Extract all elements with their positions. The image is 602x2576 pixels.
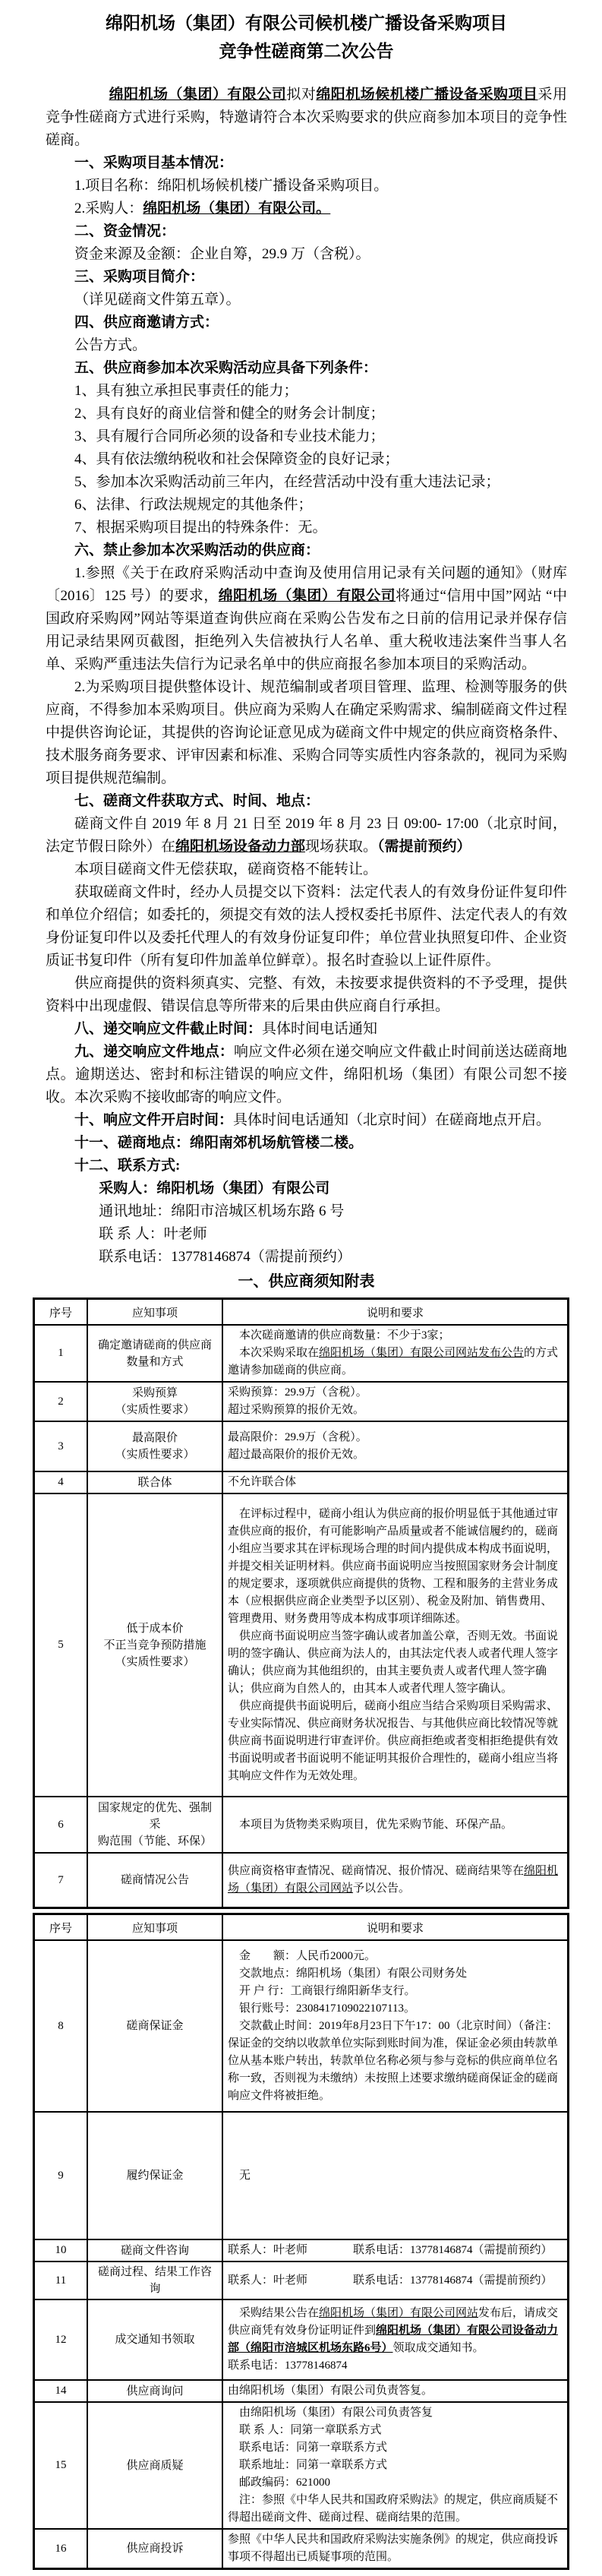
- notice-description-paragraph: 由绵阳机场（集团）有限公司负责答复。: [228, 2382, 563, 2400]
- text-run: 拟对: [286, 87, 316, 103]
- text-run: 联 系 人：叶老师: [99, 1226, 207, 1242]
- text-run: 予以公告。: [353, 1882, 410, 1895]
- document-body: 绵阳机场（集团）有限公司拟对绵阳机场候机楼广播设备采购项目采用竞争性磋商方式进行…: [46, 84, 567, 1269]
- notice-item-line: 低于成本价: [93, 1620, 217, 1637]
- text-run: 六、禁止参加本次采购活动的供应商：: [74, 542, 320, 558]
- text-run: 由绵阳机场（集团）有限公司负责答复: [239, 2407, 433, 2419]
- text-run: 开 户 行：工商银行绵阳新华支行。: [239, 1985, 416, 1997]
- text-run: （需提前预约）: [377, 839, 471, 855]
- text-run: 联系电话：13778146874（需提前预约）: [99, 1249, 351, 1265]
- text-run: 邮政编码：621000: [239, 2476, 330, 2489]
- notice-item-line: （实质性要求）: [93, 1446, 217, 1463]
- notice-item-line: 购范围（节能、环保）: [93, 1833, 217, 1850]
- section-6-item-1: 1.参照《关于在政府采购活动中查询及使用信用记录有关问题的通知》（财库〔2016…: [46, 562, 567, 676]
- notice-description-paragraph: 采购预算：29.9万（含税）。: [228, 1384, 563, 1402]
- text-run: 本项目磋商文件无偿获取，磋商资格不能转让。: [74, 861, 377, 877]
- section-9-heading: 九、递交响应文件地点：响应文件必须在递交响应文件截止时间前送达磋商地点。逾期送达…: [46, 1041, 567, 1109]
- row-number-cell: 2: [34, 1382, 88, 1421]
- text-run: 本次采购采取在: [239, 1347, 319, 1359]
- contact-purchaser: 采购人：绵阳机场（集团）有限公司: [46, 1177, 567, 1200]
- document-title-line1: 绵阳机场（集团）有限公司候机楼广播设备采购项目: [46, 9, 567, 37]
- notice-description-paragraph: 本项目为货物类采购项目，优先采购节能、环保产品。: [228, 1816, 563, 1834]
- section-7-text-2: 本项目磋商文件无偿获取，磋商资格不能转让。: [46, 858, 567, 881]
- notice-description-cell: 联系人：叶老师联系电话：13778146874（需提前预约）: [222, 2239, 569, 2262]
- notice-item-cell: 采购预算（实质性要求）: [87, 1382, 222, 1421]
- text-run: （详见磋商文件第五章）。: [74, 292, 241, 308]
- section-2-heading: 二、资金情况：: [46, 220, 567, 243]
- table-row: 15供应商质疑由绵阳机场（集团）有限公司负责答复联 系 人：同第一章联系方式联系…: [34, 2402, 569, 2529]
- notice-description-cell: 采购结果公告在绵阳机场（集团）有限公司网站发布后，请成交供应商凭有效身份证明证件…: [222, 2299, 569, 2380]
- row-number-cell: 3: [34, 1421, 88, 1471]
- notice-description-paragraph: 本次采购采取在绵阳机场（集团）有限公司网站发布公告的方式邀请参加磋商的供应商。: [228, 1345, 563, 1380]
- notice-item-cell: 磋商保证金: [87, 1940, 222, 2112]
- text-run: 采购人：绵阳机场（集团）有限公司: [99, 1181, 329, 1196]
- row-number-cell: 11: [34, 2262, 88, 2299]
- notice-description-paragraph: 联系人：叶老师联系电话：13778146874（需提前预约）: [228, 2272, 563, 2290]
- table-row: 8磋商保证金金 额：人民币2000元。交款地点：绵阳机场（集团）有限公司财务处开…: [34, 1940, 569, 2112]
- text-run: 十、响应文件开启时间：: [74, 1112, 233, 1128]
- row-number-cell: 16: [34, 2529, 88, 2569]
- notice-item-line: 磋商保证金: [93, 2018, 217, 2034]
- table-row: 16供应商投诉参照《中华人民共和国政府采购法实施条例》的规定，供应商投诉事项不得…: [34, 2529, 569, 2569]
- notice-description-paragraph: 联 系 人：同第一章联系方式: [228, 2422, 563, 2439]
- notice-description-cell: 本项目为货物类采购项目，优先采购节能、环保产品。: [222, 1797, 569, 1853]
- text-run: 供应商提供的资料须真实、完整、有效，未按要求提供资料的不予受理，提供资料中出现虚…: [46, 975, 567, 1014]
- text-run: 本次磋商邀请的供应商数量：不少于3家；: [239, 1329, 450, 1342]
- notice-item-line: 数量和方式: [93, 1354, 217, 1370]
- notice-description-paragraph: 开 户 行：工商银行绵阳新华支行。: [228, 1983, 563, 2000]
- table-row: 12成交通知书领取采购结果公告在绵阳机场（集团）有限公司网站发布后，请成交供应商…: [34, 2299, 569, 2380]
- notice-description-cell: 联系人：叶老师联系电话：13778146874（需提前预约）: [222, 2262, 569, 2299]
- section-11-heading: 十一、磋商地点：绵阳南郊机场航管楼二楼。: [46, 1132, 567, 1155]
- notice-description-paragraph: 超过采购预算的报价无效。: [228, 1402, 563, 1419]
- document-title: 绵阳机场（集团）有限公司候机楼广播设备采购项目 竞争性磋商第二次公告: [46, 9, 567, 65]
- section-5-item-6: 6、法律、行政法规规定的其他条件；: [46, 494, 567, 517]
- section-5-item-5: 5、参加本次采购活动前三年内，在经营活动中没有重大违法记录；: [46, 471, 567, 494]
- text-run: 无: [239, 2170, 251, 2182]
- notice-item-line: 供应商询问: [93, 2383, 217, 2400]
- table-section-heading: 一、供应商须知附表: [46, 1270, 567, 1293]
- notice-description-paragraph: 银行账号：2308417109022107113。: [228, 2000, 563, 2018]
- notice-description-paragraph: 注：参照《中华人民共和国政府采购法》的规定，供应商质疑不得超出磋商文件、磋商过程…: [228, 2492, 563, 2527]
- section-10-heading: 十、响应文件开启时间：具体时间电话通知（北京时间）在磋商地点开启。: [46, 1109, 567, 1132]
- notice-item-cell: 磋商文件咨询: [87, 2239, 222, 2262]
- section-12-heading: 十二、联系方式:: [46, 1155, 567, 1177]
- text-run: 参照《中华人民共和国政府采购法实施条例》的规定，供应商投诉事项不得超出已质疑事项…: [228, 2533, 558, 2563]
- notice-item-line: 联合体: [93, 1474, 217, 1491]
- notice-description-cell: 由绵阳机场（集团）有限公司负责答复联 系 人：同第一章联系方式联系电话：同第一章…: [222, 2402, 569, 2529]
- text-run: 交款截止时间：2019年8月23日下午17：00（北京时间）（备注：保证金的交纳…: [228, 2020, 558, 2102]
- text-run: 联系电话：13778146874: [228, 2359, 348, 2372]
- table-header-cell: 应知事项: [87, 1914, 222, 1941]
- table-header-row: 序号应知事项说明和要求: [34, 1914, 569, 1941]
- contact-address: 通讯地址：绵阳市涪城区机场东路 6 号: [46, 1200, 567, 1223]
- notice-description-paragraph: 交款截止时间：2019年8月23日下午17：00（北京时间）（备注：保证金的交纳…: [228, 2018, 563, 2105]
- notice-description-paragraph: 在评标过程中，磋商小组认为供应商的报价明显低于其他通过审查供应商的报价，有可能影…: [228, 1506, 563, 1628]
- text-run: 联 系 人：同第一章联系方式: [239, 2424, 382, 2436]
- table-row: 9履约保证金无: [34, 2112, 569, 2239]
- text-run: 供应商提供书面说明后，磋商小组应当结合采购项目采购需求、专业实际情况、供应商财务…: [228, 1700, 558, 1782]
- section-7-text-1: 磋商文件自 2019 年 8 月 21 日至 2019 年 8 月 23 日 0…: [46, 813, 567, 858]
- row-number-cell: 10: [34, 2239, 88, 2262]
- text-run: 不允许联合体: [228, 1476, 296, 1488]
- notice-description-paragraph: 供应商资格审查情况、磋商情况、报价情况、磋商结果等在绵阳机场（集团）有限公司网站…: [228, 1863, 563, 1898]
- text-run: 绵阳机场（集团）有限公司: [109, 87, 287, 103]
- notice-item-line: 供应商质疑: [93, 2457, 217, 2474]
- notice-description-paragraph: 供应商提供书面说明后，磋商小组应当结合采购项目采购需求、专业实际情况、供应商财务…: [228, 1698, 563, 1785]
- section-3-heading: 三、采购项目简介：: [46, 266, 567, 289]
- row-number-cell: 12: [34, 2299, 88, 2380]
- contact-person: 联 系 人：叶老师: [46, 1223, 567, 1246]
- supplier-notice-table-2: 序号应知事项说明和要求8磋商保证金金 额：人民币2000元。交款地点：绵阳机场（…: [33, 1913, 569, 2570]
- text-run: 现场获取。: [305, 839, 377, 855]
- table-header-cell: 说明和要求: [222, 1299, 569, 1326]
- notice-item-line: 磋商情况公告: [93, 1872, 217, 1889]
- text-run: 超过采购预算的报价无效。: [228, 1404, 364, 1416]
- text-run: 资金来源及金额：企业自筹，29.9 万（含税）。: [74, 246, 370, 262]
- notice-item-line: 磋商过程、结果工作咨询: [93, 2264, 217, 2297]
- section-4-heading: 四、供应商邀请方式：: [46, 311, 567, 334]
- notice-description-paragraph: 联系人：叶老师联系电话：13778146874（需提前预约）: [228, 2242, 563, 2259]
- notice-description-cell: 金 额：人民币2000元。交款地点：绵阳机场（集团）有限公司财务处开 户 行：工…: [222, 1940, 569, 2112]
- row-number-cell: 5: [34, 1493, 88, 1797]
- text-run: 供应商资格审查情况、磋商情况、报价情况、磋商结果等在: [228, 1865, 524, 1877]
- notice-description-paragraph: 参照《中华人民共和国政府采购法实施条例》的规定，供应商投诉事项不得超出已质疑事项…: [228, 2531, 563, 2566]
- text-run: 三、采购项目简介：: [74, 269, 204, 285]
- section-5-item-7: 7、根据采购项目提出的特殊条件：无。: [46, 517, 567, 539]
- text-run: 获取磋商文件时，经办人员提交以下资料：法定代表人的有效身份证件复印件和单位介绍信…: [46, 884, 567, 969]
- text-run: 最高限价：29.9万（含税）。: [228, 1431, 367, 1443]
- notice-description-cell: 本次磋商邀请的供应商数量：不少于3家；本次采购采取在绵阳机场（集团）有限公司网站…: [222, 1325, 569, 1382]
- notice-description-paragraph: 由绵阳机场（集团）有限公司负责答复: [228, 2404, 563, 2422]
- text-run: 一、采购项目基本情况：: [74, 155, 233, 171]
- text-run: 本项目为货物类采购项目，优先采购节能、环保产品。: [239, 1819, 512, 1831]
- notice-description-paragraph: 采购结果公告在绵阳机场（集团）有限公司网站发布后，请成交供应商凭有效身份证明证件…: [228, 2305, 563, 2357]
- notice-item-cell: 供应商质疑: [87, 2402, 222, 2529]
- notice-item-line: 最高限价: [93, 1430, 217, 1446]
- text-run: 7、根据采购项目提出的特殊条件：无。: [74, 520, 327, 536]
- table-row: 3最高限价（实质性要求）最高限价：29.9万（含税）。超过最高限价的报价无效。: [34, 1421, 569, 1471]
- table-header-cell: 序号: [34, 1299, 88, 1326]
- text-run: 二、资金情况：: [74, 223, 175, 239]
- section-1-item-2: 2.采购人：绵阳机场（集团）有限公司。: [46, 198, 567, 220]
- table-row: 11磋商过程、结果工作咨询联系人：叶老师联系电话：13778146874（需提前…: [34, 2262, 569, 2299]
- table-header-row: 序号应知事项说明和要求: [34, 1299, 569, 1326]
- text-run: 十二、联系方式:: [74, 1158, 180, 1174]
- text-run: 4、具有依法缴纳税收和社会保障资金的良好记录；: [74, 451, 399, 467]
- text-run: 交款地点：绵阳机场（集团）有限公司财务处: [239, 1968, 467, 1980]
- text-run: 具体时间电话通知: [262, 1021, 377, 1037]
- table-row: 6国家规定的优先、强制采购范围（节能、环保）本项目为货物类采购项目，优先采购节能…: [34, 1797, 569, 1853]
- intro-paragraph: 绵阳机场（集团）有限公司拟对绵阳机场候机楼广播设备采购项目采用竞争性磋商方式进行…: [46, 84, 567, 152]
- notice-item-cell: 国家规定的优先、强制采购范围（节能、环保）: [87, 1797, 222, 1853]
- notice-item-cell: 履约保证金: [87, 2112, 222, 2239]
- table-row: 10磋商文件咨询联系人：叶老师联系电话：13778146874（需提前预约）: [34, 2239, 569, 2262]
- notice-description-cell: 无: [222, 2112, 569, 2239]
- notice-item-cell: 磋商情况公告: [87, 1853, 222, 1908]
- notice-item-cell: 确定邀请磋商的供应商数量和方式: [87, 1325, 222, 1382]
- text-run: 注：参照《中华人民共和国政府采购法》的规定，供应商质疑不得超出磋商文件、磋商过程…: [228, 2494, 558, 2524]
- text-run: 在评标过程中，磋商小组认为供应商的报价明显低于其他通过审查供应商的报价，有可能影…: [228, 1508, 558, 1625]
- notice-item-line: 磋商文件咨询: [93, 2243, 217, 2259]
- text-run: 3、具有履行合同所必须的设备和专业技术能力；: [74, 428, 385, 444]
- text-run: 联系电话：13778146874（需提前预约）: [353, 2274, 553, 2287]
- text-run: 联系地址：同第一章联系方式: [239, 2459, 387, 2471]
- text-run: 七、磋商文件获取方式、时间、地点：: [74, 793, 320, 809]
- section-7-heading: 七、磋商文件获取方式、时间、地点：: [46, 790, 567, 813]
- row-number-cell: 4: [34, 1471, 88, 1493]
- text-run: 公告方式。: [74, 337, 147, 353]
- notice-description-paragraph: 金 额：人民币2000元。: [228, 1948, 563, 1965]
- notice-item-line: （实质性要求）: [93, 1654, 217, 1670]
- table-header-cell: 应知事项: [87, 1299, 222, 1326]
- row-number-cell: 14: [34, 2380, 88, 2402]
- text-run: 八、递交响应文件截止时间：: [74, 1021, 262, 1037]
- notice-description-paragraph: 本次磋商邀请的供应商数量：不少于3家；: [228, 1327, 563, 1345]
- row-number-cell: 1: [34, 1325, 88, 1382]
- section-8-heading: 八、递交响应文件截止时间：具体时间电话通知: [46, 1018, 567, 1041]
- text-run: 联系人：叶老师: [228, 2274, 307, 2287]
- section-3-text: （详见磋商文件第五章）。: [46, 289, 567, 311]
- text-run: 由绵阳机场（集团）有限公司负责答复。: [228, 2385, 433, 2397]
- text-run: 绵阳机场候机楼广播设备采购项目: [316, 87, 537, 103]
- section-4-text: 公告方式。: [46, 334, 567, 357]
- text-run: 采购预算：29.9万（含税）。: [228, 1386, 367, 1399]
- notice-description-paragraph: 交款地点：绵阳机场（集团）有限公司财务处: [228, 1965, 563, 1983]
- section-1-item-1: 1.项目名称：绵阳机场候机楼广播设备采购项目。: [46, 175, 567, 198]
- section-5-item-2: 2、具有良好的商业信誉和健全的财务会计制度；: [46, 403, 567, 425]
- notice-item-cell: 供应商投诉: [87, 2529, 222, 2569]
- section-5-item-1: 1、具有独立承担民事责任的能力；: [46, 380, 567, 403]
- supplier-notice-table-1: 序号应知事项说明和要求1确定邀请磋商的供应商数量和方式本次磋商邀请的供应商数量：…: [33, 1297, 569, 1909]
- text-run: 四、供应商邀请方式：: [74, 314, 219, 330]
- row-number-cell: 6: [34, 1797, 88, 1853]
- notice-description-paragraph: 最高限价：29.9万（含税）。: [228, 1429, 563, 1446]
- text-run: 九、递交响应文件地点：: [74, 1044, 234, 1060]
- document-title-line2: 竞争性磋商第二次公告: [46, 37, 567, 65]
- text-run: 五、供应商参加本次采购活动应具备下列条件：: [74, 360, 377, 376]
- text-run: 联系电话：同第一章联系方式: [239, 2442, 387, 2454]
- table-row: 14供应商询问由绵阳机场（集团）有限公司负责答复。: [34, 2380, 569, 2402]
- text-run: 联系电话：13778146874（需提前预约）: [353, 2244, 553, 2256]
- text-run: 十一、磋商地点：绵阳南郊机场航管楼二楼。: [74, 1135, 363, 1151]
- notice-description-paragraph: 联系地址：同第一章联系方式: [228, 2457, 563, 2474]
- table-row: 2采购预算（实质性要求）采购预算：29.9万（含税）。超过采购预算的报价无效。: [34, 1382, 569, 1421]
- notice-description-paragraph: 联系电话：13778146874: [228, 2357, 563, 2375]
- text-run: 2.为采购项目提供整体设计、规范编制或者项目管理、监理、检测等服务的供应商，不得…: [46, 679, 567, 786]
- table-row: 1确定邀请磋商的供应商数量和方式本次磋商邀请的供应商数量：不少于3家；本次采购采…: [34, 1325, 569, 1382]
- text-run: 绵阳机场设备动力部: [175, 839, 305, 855]
- notice-item-line: 不正当竞争预防措施: [93, 1637, 217, 1654]
- row-number-cell: 7: [34, 1853, 88, 1908]
- table-header-cell: 说明和要求: [222, 1914, 569, 1941]
- notice-description-paragraph: 无: [228, 2167, 563, 2185]
- notice-description-cell: 采购预算：29.9万（含税）。超过采购预算的报价无效。: [222, 1382, 569, 1421]
- text-run: 超过最高限价的报价无效。: [228, 1449, 364, 1461]
- table-header-cell: 序号: [34, 1914, 88, 1941]
- notice-item-cell: 供应商询问: [87, 2380, 222, 2402]
- section-6-heading: 六、禁止参加本次采购活动的供应商：: [46, 539, 567, 562]
- row-number-cell: 8: [34, 1940, 88, 2112]
- text-run: 2、具有良好的商业信誉和健全的财务会计制度；: [74, 406, 385, 422]
- text-run: 5、参加本次采购活动前三年内，在经营活动中没有重大违法记录；: [74, 474, 500, 490]
- notice-item-line: 国家规定的优先、强制采: [93, 1800, 217, 1833]
- notice-description-paragraph: 联系电话：同第一章联系方式: [228, 2439, 563, 2457]
- text-run: 绵阳机场（集团）有限公司: [219, 588, 396, 604]
- text-run: 金 额：人民币2000元。: [239, 1950, 376, 1962]
- text-run: 1.项目名称：绵阳机场候机楼广播设备采购项目。: [74, 178, 388, 194]
- row-number-cell: 15: [34, 2402, 88, 2529]
- text-run: 领取成交通知书。: [393, 2342, 484, 2354]
- section-2-text: 资金来源及金额：企业自筹，29.9 万（含税）。: [46, 243, 567, 266]
- text-run: 6、法律、行政法规规定的其他条件；: [74, 497, 313, 513]
- text-run: 供应商书面说明应当签字确认或者加盖公章，否则无效。书面说明的签字确认、供应商为法…: [228, 1630, 558, 1695]
- notice-description-cell: 在评标过程中，磋商小组认为供应商的报价明显低于其他通过审查供应商的报价，有可能影…: [222, 1493, 569, 1797]
- notice-item-line: 成交通知书领取: [93, 2331, 217, 2348]
- document-page: 绵阳机场（集团）有限公司候机楼广播设备采购项目 竞争性磋商第二次公告 绵阳机场（…: [0, 0, 602, 2576]
- table-row: 4联合体不允许联合体: [34, 1471, 569, 1493]
- notice-item-cell: 低于成本价不正当竞争预防措施（实质性要求）: [87, 1493, 222, 1797]
- text-run: 绵阳机场（集团）有限公司网站: [319, 2307, 478, 2319]
- text-run: 联系人：叶老师: [228, 2244, 307, 2256]
- notice-description-paragraph: 供应商书面说明应当签字确认或者加盖公章，否则无效。书面说明的签字确认、供应商为法…: [228, 1628, 563, 1698]
- section-5-heading: 五、供应商参加本次采购活动应具备下列条件：: [46, 357, 567, 380]
- text-run: 2.采购人：: [74, 201, 143, 217]
- text-run: 具体时间电话通知（北京时间）在磋商地点开启。: [233, 1112, 550, 1128]
- section-5-item-3: 3、具有履行合同所必须的设备和专业技术能力；: [46, 425, 567, 448]
- notice-description-paragraph: 超过最高限价的报价无效。: [228, 1446, 563, 1464]
- section-1-heading: 一、采购项目基本情况：: [46, 152, 567, 175]
- row-number-cell: 9: [34, 2112, 88, 2239]
- section-7-text-3: 获取磋商文件时，经办人员提交以下资料：法定代表人的有效身份证件复印件和单位介绍信…: [46, 881, 567, 972]
- notice-description-paragraph: 不允许联合体: [228, 1474, 563, 1491]
- section-5-item-4: 4、具有依法缴纳税收和社会保障资金的良好记录；: [46, 448, 567, 471]
- notice-item-line: 履约保证金: [93, 2167, 217, 2184]
- notice-description-paragraph: 邮政编码：621000: [228, 2474, 563, 2492]
- contact-phone: 联系电话：13778146874（需提前预约）: [46, 1246, 567, 1269]
- text-run: 银行账号：2308417109022107113。: [239, 2002, 415, 2015]
- notice-item-line: 采购预算: [93, 1385, 217, 1402]
- notice-description-cell: 供应商资格审查情况、磋商情况、报价情况、磋商结果等在绵阳机场（集团）有限公司网站…: [222, 1853, 569, 1908]
- notice-item-cell: 联合体: [87, 1471, 222, 1493]
- section-6-item-2: 2.为采购项目提供整体设计、规范编制或者项目管理、监理、检测等服务的供应商，不得…: [46, 676, 567, 790]
- section-7-text-4: 供应商提供的资料须真实、完整、有效，未按要求提供资料的不予受理，提供资料中出现虚…: [46, 972, 567, 1018]
- notice-item-cell: 磋商过程、结果工作咨询: [87, 2262, 222, 2299]
- notice-item-line: （实质性要求）: [93, 1402, 217, 1418]
- text-run: 绵阳机场（集团）有限公司网站发布公告: [319, 1347, 524, 1359]
- notice-description-cell: 参照《中华人民共和国政府采购法实施条例》的规定，供应商投诉事项不得超出已质疑事项…: [222, 2529, 569, 2569]
- notice-description-cell: 不允许联合体: [222, 1471, 569, 1493]
- table-row: 5低于成本价不正当竞争预防措施（实质性要求）在评标过程中，磋商小组认为供应商的报…: [34, 1493, 569, 1797]
- text-run: 采购结果公告在: [239, 2307, 319, 2319]
- text-run: 绵阳机场（集团）有限公司。: [143, 201, 330, 217]
- text-run: 1、具有独立承担民事责任的能力；: [74, 383, 298, 399]
- notice-description-cell: 最高限价：29.9万（含税）。超过最高限价的报价无效。: [222, 1421, 569, 1471]
- notice-item-line: 确定邀请磋商的供应商: [93, 1337, 217, 1354]
- text-run: 通讯地址：绵阳市涪城区机场东路 6 号: [99, 1203, 344, 1219]
- notice-description-cell: 由绵阳机场（集团）有限公司负责答复。: [222, 2380, 569, 2402]
- notice-item-cell: 成交通知书领取: [87, 2299, 222, 2380]
- notice-item-cell: 最高限价（实质性要求）: [87, 1421, 222, 1471]
- table-row: 7磋商情况公告供应商资格审查情况、磋商情况、报价情况、磋商结果等在绵阳机场（集团…: [34, 1853, 569, 1908]
- notice-item-line: 供应商投诉: [93, 2540, 217, 2557]
